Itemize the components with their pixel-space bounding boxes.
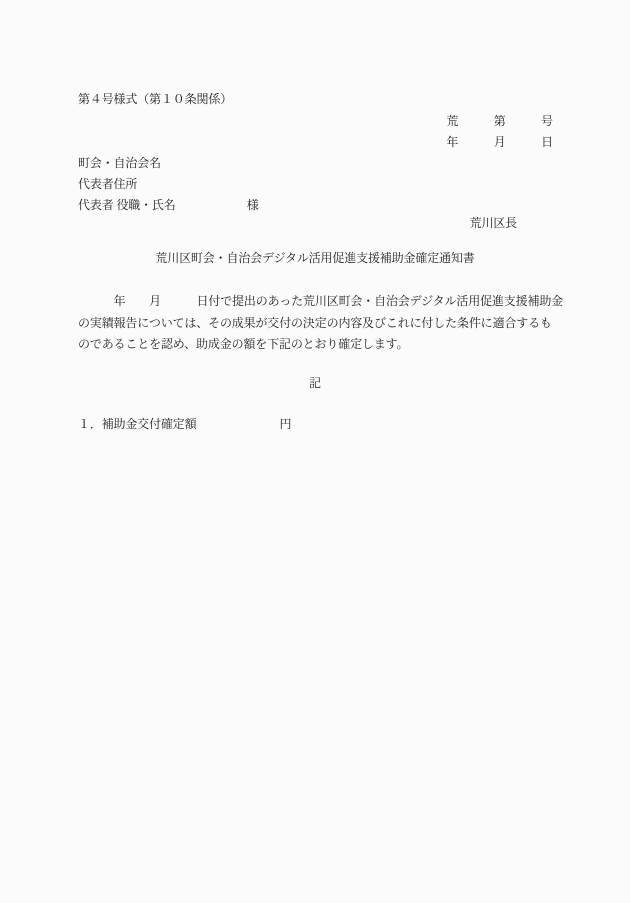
document-number-line: 荒 第 号: [446, 114, 553, 128]
notice-document-page: 第４号様式（第１０条関係） 荒 第 号 年 月 日 町会・自治会名 代表者住所 …: [0, 0, 630, 903]
document-title: 荒川区町会・自治会デジタル活用促進支援補助金確定通知書: [0, 251, 630, 265]
addressee-representative-address-label: 代表者住所: [78, 177, 137, 191]
record-marker: 記: [0, 376, 630, 390]
body-paragraph-line: 年 月 日付で提出のあった荒川区町会・自治会デジタル活用促進支援補助金: [78, 294, 563, 308]
form-number-line: 第４号様式（第１０条関係）: [78, 92, 232, 106]
date-line: 年 月 日: [446, 135, 553, 149]
body-paragraph-line: のであることを認め、助成金の額を下記のとおり確定します。: [78, 337, 408, 351]
sender-mayor-name: 荒川区長: [470, 216, 517, 230]
item-grant-confirmed-amount-line: １．補助金交付確定額 円: [78, 417, 291, 431]
body-paragraph-line: の実績報告については、その成果が交付の決定の内容及びこれに付した条件に適合するも: [78, 316, 552, 330]
addressee-association-name-label: 町会・自治会名: [78, 156, 161, 170]
addressee-representative-name-line: 代表者 役職・氏名 様: [78, 198, 259, 212]
